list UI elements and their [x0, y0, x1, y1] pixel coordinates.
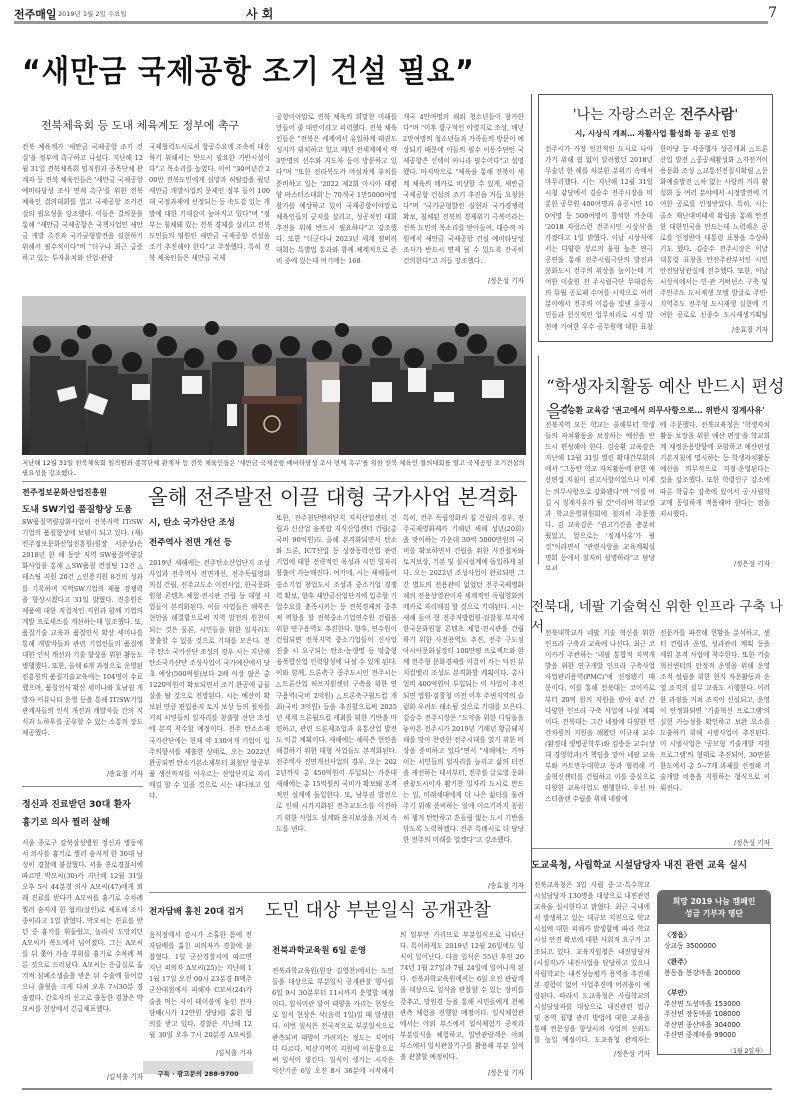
- headline-suffix: ': [734, 107, 738, 123]
- jbnu-byline: /정은성 기자: [660, 837, 770, 847]
- crowd-illustration: [22, 296, 526, 455]
- donor-entry: 봉동읍 봉강마을 200000: [664, 968, 766, 979]
- photo-caption: 지난해 12월 31일 전북체육회 임직원과 종목단체 관계자 등 전북 체육인…: [22, 458, 526, 478]
- proud-col-2: 한마당 등 각종행사 성공개최 △드론산업 발전 △공공체활성화 △자전거이용문…: [660, 144, 768, 322]
- donor-list: 〈정읍〉 상교동 3500000 〈완주〉 봉동읍 봉강마을 200000 〈부…: [658, 924, 770, 1055]
- jbnu-col-1: 전북대학교가 네팔 기술 혁신을 위한 인프라 구축과 교육에 나선다. 최근 …: [545, 628, 655, 844]
- article-sw-headline: 도내 SW기업 품질향상 도움: [22, 502, 132, 515]
- eclipse-byline: /정은성 기자: [400, 1067, 524, 1077]
- eclipse-col-2: 의 일부만 가리므로 부분일식으로 나타난다. 특이하게도 2019년 12월 …: [400, 930, 524, 1067]
- theft-byline: /김석출 기자: [149, 1047, 252, 1057]
- article-national-headline: 올해 전주발전 이끌 대형 국가사업 본격화: [148, 480, 517, 510]
- proud-byline: /송효철 기자: [660, 324, 768, 334]
- right-column-rule: [538, 356, 539, 564]
- theft-body: 음식점에서 감시가 소홀한 틈에 전자담배를 훔친 피의자가 경찰에 붙잡혔다.…: [149, 930, 252, 1040]
- paper-name: 전주매일: [14, 6, 57, 22]
- footer-rule: [22, 1088, 772, 1090]
- donor-title-line1: 희망 2019 나눔 캠페인: [658, 896, 770, 908]
- divider: [22, 786, 143, 787]
- donor-region: 〈정읍〉: [664, 930, 766, 941]
- donor-date-note: 〈1월 2일자〉: [664, 1047, 766, 1056]
- page-number: 7: [768, 5, 777, 21]
- article-national-subhead-2: 전주역사 전면 개선 등: [149, 536, 232, 548]
- article-theft-headline: 전자담배 훔친 20대 검거: [149, 905, 244, 917]
- subscription-ad-label: 구독 · 광고문의 288-9700: [157, 1070, 238, 1078]
- student-byline: /정은성 기자: [660, 558, 770, 568]
- article-national-subhead-1: 시, 탄소 국가산단 조성: [149, 516, 235, 528]
- donor-box-title: 희망 2019 나눔 캠페인 성금 기부자 명단: [658, 891, 770, 924]
- rally-photo: [22, 296, 526, 455]
- article-doctor-headline-1: 정신과 진료받던 30대 환자: [22, 797, 131, 810]
- headline-prefix: '나는 자랑스러운: [573, 107, 680, 123]
- donor-entry: 주산면 종산마을 304000: [664, 1020, 766, 1031]
- subscription-ad: 구독 · 광고문의 288-9700: [143, 1061, 253, 1074]
- donor-entry: 주산면 도성마을 153000: [664, 999, 766, 1010]
- airport-byline: /정은성 기자: [403, 275, 524, 285]
- donor-region: 〈완주〉: [664, 957, 766, 968]
- national-col-3: 특히, 전주 독립영화의 집 건립의 경우, 전주국제영화제가 기해년 새해 성…: [403, 513, 524, 879]
- seismic-byline: /정은성 기자: [534, 1048, 650, 1058]
- article-airport-subhead: 전북체육회 등 도내 체육계도 정부에 촉구: [41, 117, 239, 133]
- airport-col-4: 개국 4만여명의 해외 청소년들이 참가한다"며 "이후 항구적인 야영지로 조…: [403, 112, 524, 272]
- airport-col-3: 공항이야말로 전북 체육의 희망찬 미래를 만들어 줄 대안이라고 피력했다. …: [276, 112, 397, 285]
- sw-body: SW품질역량강화사업이 전북지역 IT/SW기업의 품질향상에 보탬이 되고 있…: [22, 517, 143, 771]
- article-doctor-headline-2: 흉기로 의사 찔러 살해: [22, 815, 110, 828]
- headline-accent: 전주사람: [680, 107, 734, 123]
- donor-entry: 상교동 3500000: [664, 941, 766, 952]
- issue-date: 2019년 1월 2일 수요일: [58, 9, 127, 18]
- donor-title-line2: 성금 기부자 명단: [658, 908, 770, 920]
- donor-entry: 주산면 중계마을 99000: [664, 1030, 766, 1041]
- sw-byline: /송효철 기자: [22, 768, 143, 778]
- airport-col-1: 전북 체육계가 '새만금 국제공항 조기 건설'을 정부에 촉구하고 나섰다. …: [22, 142, 143, 285]
- article-seismic-headline: 도교육청, 사립학교 시설담당자 내진 관련 교육 실시: [531, 857, 747, 871]
- doctor-body: 서울 종로구 강북삼성병원 정신과 병동에서 의사를 흉기로 찔러 숨지게 한 …: [22, 838, 143, 1080]
- proud-col-1: 전주시가 가장 인간적인 도시로 나아가기 위해 쉼 없이 달려왔던 2018년…: [545, 144, 653, 334]
- header-rule: [14, 21, 768, 24]
- seismic-body: 전북교육청은 3일 사립 중·고·특수학교 시설담당자 130명을 대상으로 내…: [534, 880, 650, 1046]
- article-airport-headline: “새만금 국제공항 조기 건설 필요”: [22, 46, 475, 91]
- article-proud-headline: '나는 자랑스러운 전주사람': [538, 104, 773, 124]
- national-col-2: 또한, 전주첨단벤처단지 지식산업센터 건립과 신산업 융복합 지식산업센터 건…: [276, 513, 397, 888]
- article-proud-subhead: 시, 시상식 개최… 자활사업 활성화 등 공로 인정: [538, 128, 773, 139]
- divider: [149, 892, 526, 893]
- airport-col-2: 국제협력도시로서 항공수요에 조속히 대응하기 위해서는 반드시 필요한 기반시…: [149, 142, 270, 285]
- section-title: 사 회: [246, 5, 273, 22]
- jbnu-col-2: 전문가를 파견해 현황을 분석하고, 센터 건립과 운영, 성과관리 계획 등을…: [660, 628, 770, 834]
- donor-box: 희망 2019 나눔 캠페인 성금 기부자 명단 〈정읍〉 상교동 350000…: [657, 890, 771, 1055]
- national-col-1: 2019년 새해에는 전주탄소산업단지 조성사업과 전주역사 전면개선, 전주독…: [149, 558, 270, 888]
- article-student-subhead: 김승환 교육감 '권고에서 의무사항으로… 위반시 징계사유': [560, 405, 765, 416]
- donor-entry: 주산면 장동마을 108000: [664, 1009, 766, 1020]
- column-rule: [531, 94, 532, 1080]
- student-col-2: 에 주문했다. 전북교육청은 '학생자치활동 보장을 위한 예산 편성'을 학교…: [660, 420, 770, 556]
- article-eclipse-headline: 도민 대상 부분일식 공개관찰: [265, 896, 491, 922]
- donor-region: 〈부안〉: [664, 988, 766, 999]
- eclipse-col-1: 전북과학교육원(원장 김영찬)에서는 도민들을 대상으로 부분일식 공개관찰 행…: [272, 966, 394, 1078]
- article-eclipse-subhead: 전북과학교육원 6일 운영: [272, 944, 366, 956]
- student-col-1: 전북지역 모든 학교는 올해부터 학생들의 자치활동을 보장하는 예산을 반드시…: [545, 420, 655, 570]
- doctor-byline: /김석출 기자: [22, 1071, 143, 1081]
- article-sw-headline-small: 전주정보문화산업진흥원: [22, 487, 107, 498]
- national-byline: /송효철 기자: [403, 880, 524, 890]
- divider: [531, 848, 773, 849]
